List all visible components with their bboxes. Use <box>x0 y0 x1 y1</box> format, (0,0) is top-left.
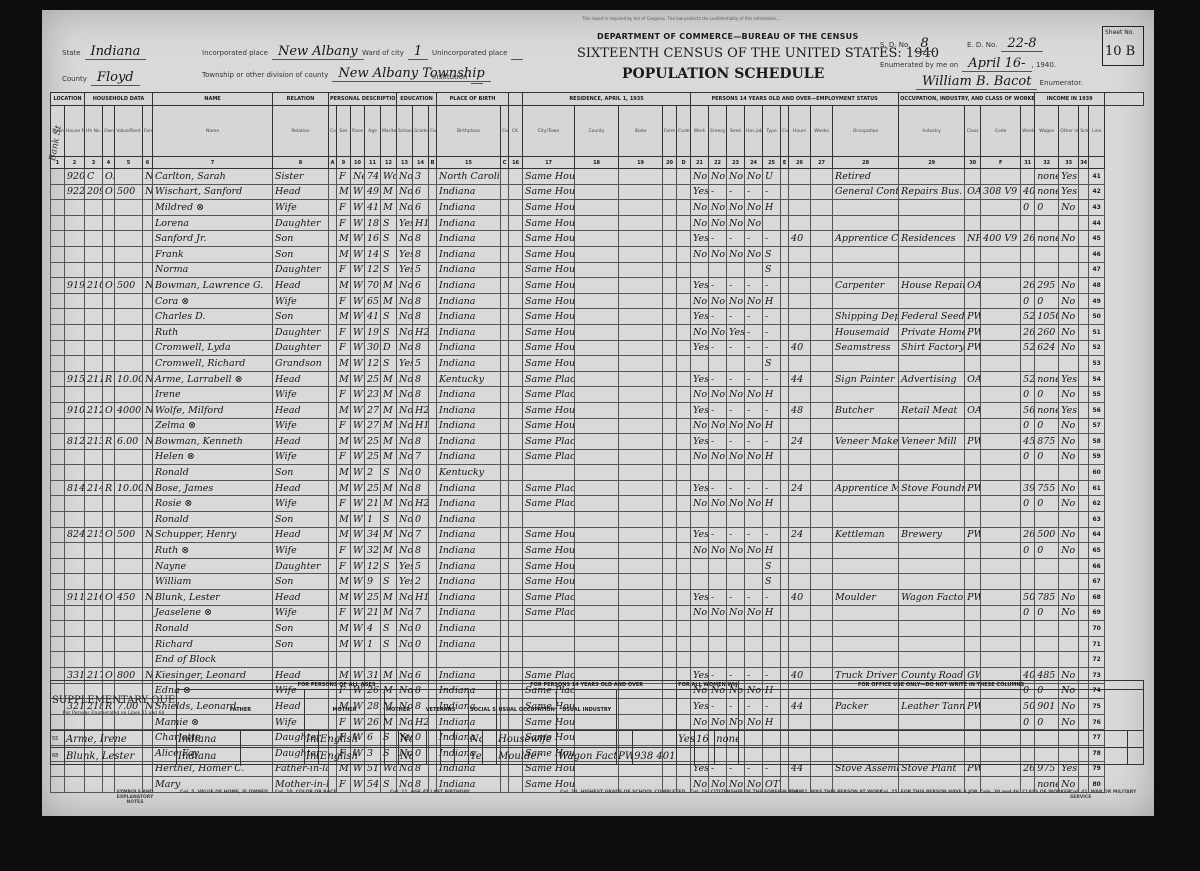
cell-bp: Indiana <box>437 621 501 637</box>
cell-code <box>619 356 663 372</box>
cell-code <box>501 543 509 559</box>
column-header: Code <box>781 106 789 157</box>
supp-cell-name: Arme, Irene <box>65 731 177 748</box>
cell-hh: 210 <box>85 278 103 294</box>
cell-own <box>103 324 115 340</box>
cell-code <box>575 449 619 465</box>
cell-name: Rosie ⊗ <box>153 496 273 512</box>
cell-code <box>981 527 1021 543</box>
cell-line: 45 <box>1089 231 1105 247</box>
supp-cell-blank <box>385 731 399 748</box>
supp-cell-tongue: English <box>319 748 385 765</box>
cell-code <box>509 465 523 481</box>
cell-ind: House Repairs <box>899 278 965 294</box>
column-number: 8 <box>273 157 329 169</box>
cell-code <box>509 558 523 574</box>
cell-name: Richard <box>153 636 273 652</box>
cell-street <box>51 590 65 606</box>
column-header: Code <box>677 106 691 157</box>
cell-code <box>575 574 619 590</box>
column-number: 12 <box>381 157 397 169</box>
cell-mar: M <box>381 278 397 294</box>
cell-code <box>575 512 619 528</box>
cell-code <box>619 558 663 574</box>
column-number: 26 <box>789 157 811 169</box>
column-header: State <box>619 106 663 157</box>
cell-code <box>811 512 833 528</box>
cell-gr: 6 <box>413 184 429 200</box>
cell-t: S <box>763 356 781 372</box>
census-sheet: This report is required by Act of Congre… <box>42 10 1154 816</box>
cell-value: 10.00 <box>115 371 143 387</box>
cell-own: O <box>103 278 115 294</box>
cell-code <box>677 387 691 403</box>
table-row: Cromwell, LydaDaughterFW30DNo8IndianaSam… <box>51 340 1144 356</box>
cell-farm <box>143 558 153 574</box>
cell-farm <box>143 324 153 340</box>
cell-code <box>677 480 691 496</box>
cell-t: - <box>763 340 781 356</box>
group-line <box>1105 93 1144 106</box>
cell-own <box>103 356 115 372</box>
cell-cls: PW <box>965 434 981 450</box>
cell-j: - <box>745 309 763 325</box>
cell-farm: No <box>143 371 153 387</box>
cell-code <box>781 574 789 590</box>
cell-hh <box>85 200 103 216</box>
cell-hh: 212 <box>85 402 103 418</box>
cell-code <box>619 402 663 418</box>
cell-t: - <box>763 324 781 340</box>
cell-code <box>811 215 833 231</box>
group-citizenship <box>509 93 523 106</box>
cell-oth: No <box>1059 527 1079 543</box>
cell-code <box>677 231 691 247</box>
table-row: Zelma ⊗WifeFW27MNoH1IndianaSame HouseNoN… <box>51 418 1144 434</box>
cell-code <box>663 636 677 652</box>
cell-gr: H1 <box>413 418 429 434</box>
cell-rel: Head <box>273 590 329 606</box>
cell-wage: 0 <box>1035 543 1059 559</box>
cell-wks: 52 <box>1021 340 1035 356</box>
cell-code <box>509 496 523 512</box>
cell-name: Cora ⊗ <box>153 293 273 309</box>
cell-code <box>575 652 619 668</box>
cell-code <box>575 605 619 621</box>
cell-code <box>501 558 509 574</box>
cell-wks <box>1021 246 1035 262</box>
cell-occ <box>833 293 899 309</box>
column-header: Wages <box>1035 106 1059 157</box>
cell-sex: F <box>337 340 351 356</box>
cell-code <box>329 215 337 231</box>
state-field: StateIndiana <box>62 44 146 59</box>
cell-street <box>51 356 65 372</box>
table-row: 915211R10.00NoArme, Larrabell ⊗HeadMW25M… <box>51 371 1144 387</box>
supp-cell-ss: Yes Yes <box>469 748 483 765</box>
cell-code <box>781 324 789 340</box>
cell-code <box>429 215 437 231</box>
cell-ind: Retail Meat <box>899 402 965 418</box>
cell-sch: No <box>397 278 413 294</box>
cell-code <box>501 184 509 200</box>
cell-sex: M <box>337 465 351 481</box>
cell-w: Yes <box>691 231 709 247</box>
cell-code <box>501 278 509 294</box>
cell-code <box>329 621 337 637</box>
cell-line: 41 <box>1089 169 1105 185</box>
cell-code <box>509 215 523 231</box>
cell-occ: Seamstress <box>833 340 899 356</box>
cell-code <box>575 621 619 637</box>
cell-mar: S <box>381 231 397 247</box>
cell-sex: F <box>337 215 351 231</box>
cell-code <box>619 512 663 528</box>
cell-value <box>115 574 143 590</box>
column-header: Code <box>501 106 509 157</box>
cell-hh: C <box>85 169 103 185</box>
table-row: 911216O450NoBlunk, LesterHeadMW25MNoH1In… <box>51 590 1144 606</box>
cell-code <box>619 480 663 496</box>
cell-cls: PW <box>965 324 981 340</box>
cell-name: Ronald <box>153 512 273 528</box>
cell-ind: Repairs Bus. Houses <box>899 184 965 200</box>
cell-code <box>575 246 619 262</box>
cell-bp: Kentucky <box>437 371 501 387</box>
cell-oth: No <box>1059 496 1079 512</box>
cell-house <box>65 246 85 262</box>
cell-w <box>691 621 709 637</box>
table-row: Sanford Jr.SonMW16SNo8IndianaSame HouseY… <box>51 231 1144 247</box>
cell-bp: Indiana <box>437 293 501 309</box>
cell-cls <box>965 574 981 590</box>
column-number: 17 <box>523 157 575 169</box>
cell-street <box>51 293 65 309</box>
cell-t: H <box>763 387 781 403</box>
cell-code <box>663 184 677 200</box>
cell-value: 450 <box>115 590 143 606</box>
cell-code <box>1079 527 1089 543</box>
cell-code <box>575 278 619 294</box>
cell-race: W <box>351 605 365 621</box>
fine-print: This report is required by Act of Congre… <box>582 16 1072 26</box>
cell-code <box>575 371 619 387</box>
column-number: E <box>781 157 789 169</box>
cell-t: H <box>763 449 781 465</box>
cell-oth: No <box>1059 449 1079 465</box>
cell-w: Yes <box>691 184 709 200</box>
cell-e <box>709 512 727 528</box>
cell-gr: 8 <box>413 293 429 309</box>
cell-occ <box>833 449 899 465</box>
cell-code <box>677 246 691 262</box>
cell-wks: 26 <box>1021 231 1035 247</box>
incorporated-place-field: Incorporated placeNew Albany <box>202 44 364 59</box>
cell-gr: 8 <box>413 246 429 262</box>
cell-e: - <box>709 480 727 496</box>
county-field: CountyFloyd <box>62 70 140 85</box>
cell-code <box>501 574 509 590</box>
supp-cell-cls: PW <box>617 748 633 765</box>
cell-occ <box>833 215 899 231</box>
supp-cell-blank <box>241 748 305 765</box>
cell-res: Same House <box>523 200 575 216</box>
cell-j: No <box>745 169 763 185</box>
cell-wage: 260 <box>1035 324 1059 340</box>
cell-occ <box>833 465 899 481</box>
table-row: WilliamSonMW9SYes2IndianaSame HouseS67 <box>51 574 1144 590</box>
cell-street <box>51 184 65 200</box>
column-number: 24 <box>745 157 763 169</box>
cell-house <box>65 621 85 637</box>
supp-cell-father: Indiana <box>177 748 241 765</box>
cell-t: S <box>763 558 781 574</box>
cell-sch: Yes <box>397 356 413 372</box>
cell-wage: 0 <box>1035 387 1059 403</box>
cell-sex: F <box>337 418 351 434</box>
cell-hh <box>85 496 103 512</box>
cell-farm <box>143 512 153 528</box>
cell-code <box>501 434 509 450</box>
cell-j: No <box>745 387 763 403</box>
cell-cls <box>965 215 981 231</box>
cell-value <box>115 387 143 403</box>
cell-w: Yes <box>691 402 709 418</box>
cell-bp: Indiana <box>437 434 501 450</box>
column-header: Code <box>329 106 337 157</box>
table-row: 922209O500NoWischart, SanfordHeadMW49MNo… <box>51 184 1144 200</box>
cell-name: Bowman, Kenneth <box>153 434 273 450</box>
cell-hrs <box>789 558 811 574</box>
cell-wage <box>1035 465 1059 481</box>
cell-code <box>575 324 619 340</box>
cell-own <box>103 512 115 528</box>
cell-code <box>619 434 663 450</box>
cell-s: No <box>727 215 745 231</box>
cell-code <box>1079 387 1089 403</box>
cell-code <box>981 480 1021 496</box>
cell-hh <box>85 543 103 559</box>
cell-e: No <box>709 543 727 559</box>
cell-hh <box>85 340 103 356</box>
column-number: 31 <box>1021 157 1035 169</box>
cell-hh <box>85 293 103 309</box>
cell-gr: 8 <box>413 387 429 403</box>
cell-j <box>745 465 763 481</box>
cell-sex: M <box>337 574 351 590</box>
group-occupation: OCCUPATION, INDUSTRY, AND CLASS OF WORKE… <box>899 93 1035 106</box>
cell-res <box>523 652 575 668</box>
cell-j: No <box>745 200 763 216</box>
cell-code <box>429 402 437 418</box>
cell-rel <box>273 652 329 668</box>
cell-s: No <box>727 605 745 621</box>
cell-gr: 8 <box>413 543 429 559</box>
cell-code <box>575 402 619 418</box>
cell-code <box>1079 605 1089 621</box>
column-header: Hh No. <box>85 106 103 157</box>
cell-rel: Head <box>273 527 329 543</box>
table-row: NormaDaughterFW12SYes5IndianaSame HouseS… <box>51 262 1144 278</box>
cell-race: W <box>351 246 365 262</box>
cell-code: 308 V9 4 <box>981 184 1021 200</box>
column-header: Type <box>763 106 781 157</box>
cell-gr <box>413 652 429 668</box>
cell-code <box>981 418 1021 434</box>
cell-code <box>509 340 523 356</box>
cell-farm: No <box>143 480 153 496</box>
cell-t <box>763 465 781 481</box>
cell-rel: Daughter <box>273 215 329 231</box>
cell-code <box>677 465 691 481</box>
cell-code <box>501 262 509 278</box>
supp-cell-line: 68 <box>51 748 65 765</box>
cell-wage <box>1035 652 1059 668</box>
cell-sch: No <box>397 434 413 450</box>
cell-cls: OA <box>965 371 981 387</box>
cell-value <box>115 605 143 621</box>
cell-cls: PW <box>965 309 981 325</box>
cell-code <box>663 309 677 325</box>
cell-farm <box>143 387 153 403</box>
cell-wks <box>1021 169 1035 185</box>
cell-code <box>781 262 789 278</box>
cell-mar: M <box>381 387 397 403</box>
cell-t: H <box>763 605 781 621</box>
cell-w: No <box>691 200 709 216</box>
cell-s <box>727 356 745 372</box>
cell-sex: M <box>337 402 351 418</box>
cell-code <box>501 621 509 637</box>
cell-code <box>811 449 833 465</box>
cell-code <box>575 418 619 434</box>
cell-code <box>509 543 523 559</box>
cell-bp: Indiana <box>437 480 501 496</box>
cell-own <box>103 340 115 356</box>
cell-hh: 214 <box>85 480 103 496</box>
cell-code <box>575 231 619 247</box>
cell-code <box>1079 262 1089 278</box>
cell-wage <box>1035 636 1059 652</box>
cell-code <box>781 543 789 559</box>
cell-code <box>575 169 619 185</box>
cell-wks: 40 <box>1021 184 1035 200</box>
cell-rel: Daughter <box>273 262 329 278</box>
cell-code <box>811 340 833 356</box>
cell-house <box>65 512 85 528</box>
cell-ind <box>899 621 965 637</box>
cell-ind: Federal Seed <box>899 309 965 325</box>
cell-hrs <box>789 246 811 262</box>
cell-code <box>1079 418 1089 434</box>
cell-mar: S <box>381 574 397 590</box>
cell-sch: Yes <box>397 215 413 231</box>
ed-field: E. D. No.22-8 <box>967 36 1043 51</box>
cell-gr: H1 <box>413 590 429 606</box>
column-number: 29 <box>899 157 965 169</box>
ward-field: Ward of city1 <box>362 44 428 59</box>
cell-code <box>509 590 523 606</box>
cell-code <box>981 169 1021 185</box>
cell-code <box>575 215 619 231</box>
cell-code <box>501 356 509 372</box>
cell-t: - <box>763 309 781 325</box>
cell-w <box>691 574 709 590</box>
cell-code <box>811 605 833 621</box>
cell-gr: H1 <box>413 215 429 231</box>
cell-code <box>575 262 619 278</box>
supp-cell-blank <box>739 748 1128 765</box>
cell-code <box>501 215 509 231</box>
cell-code <box>981 434 1021 450</box>
cell-code <box>619 543 663 559</box>
cell-ind <box>899 293 965 309</box>
cell-hh: 211 <box>85 371 103 387</box>
table-row: End of Block72 <box>51 652 1144 668</box>
cell-farm <box>143 356 153 372</box>
cell-own <box>103 574 115 590</box>
cell-code <box>663 558 677 574</box>
cell-occ: Kettleman <box>833 527 899 543</box>
cell-cls <box>965 512 981 528</box>
cell-own <box>103 652 115 668</box>
cell-s: No <box>727 246 745 262</box>
cell-wks: 0 <box>1021 200 1035 216</box>
supp-cell-blank <box>1127 748 1143 765</box>
cell-code <box>663 278 677 294</box>
cell-res: Same House <box>523 262 575 278</box>
column-number: 25 <box>763 157 781 169</box>
cell-occ <box>833 387 899 403</box>
cell-sex: M <box>337 621 351 637</box>
cell-value <box>115 652 143 668</box>
cell-j: No <box>745 605 763 621</box>
cell-hh: 209 <box>85 184 103 200</box>
cell-code <box>575 356 619 372</box>
cell-code <box>329 496 337 512</box>
cell-w: No <box>691 246 709 262</box>
cell-code <box>663 231 677 247</box>
cell-code <box>663 621 677 637</box>
cell-rel: Head <box>273 402 329 418</box>
supp-cell-blank <box>427 748 441 765</box>
cell-ind <box>899 200 965 216</box>
cell-code: 400 V9 5 <box>981 231 1021 247</box>
cell-code <box>663 200 677 216</box>
cell-mar: S <box>381 465 397 481</box>
cell-s <box>727 262 745 278</box>
cell-code <box>1079 449 1089 465</box>
cell-code <box>429 278 437 294</box>
cell-occ: Apprentice Moulder <box>833 480 899 496</box>
cell-bp: Indiana <box>437 636 501 652</box>
cell-occ <box>833 605 899 621</box>
cell-age: 2 <box>365 465 381 481</box>
cell-race: W <box>351 621 365 637</box>
cell-w: Yes <box>691 278 709 294</box>
cell-occ: Butcher <box>833 402 899 418</box>
cell-bp: Indiana <box>437 215 501 231</box>
cell-code <box>1079 621 1089 637</box>
cell-cls: PW <box>965 590 981 606</box>
cell-res: Same Place <box>523 590 575 606</box>
cell-s <box>727 621 745 637</box>
usual-occupation-header: USUAL OCCUPATION <box>497 690 557 731</box>
cell-age: 1 <box>365 636 381 652</box>
supp-cell-blank <box>413 748 427 765</box>
table-row: IreneWifeFW23MNo8IndianaSame PlaceNoNoNo… <box>51 387 1144 403</box>
cell-oth: Yes <box>1059 402 1079 418</box>
